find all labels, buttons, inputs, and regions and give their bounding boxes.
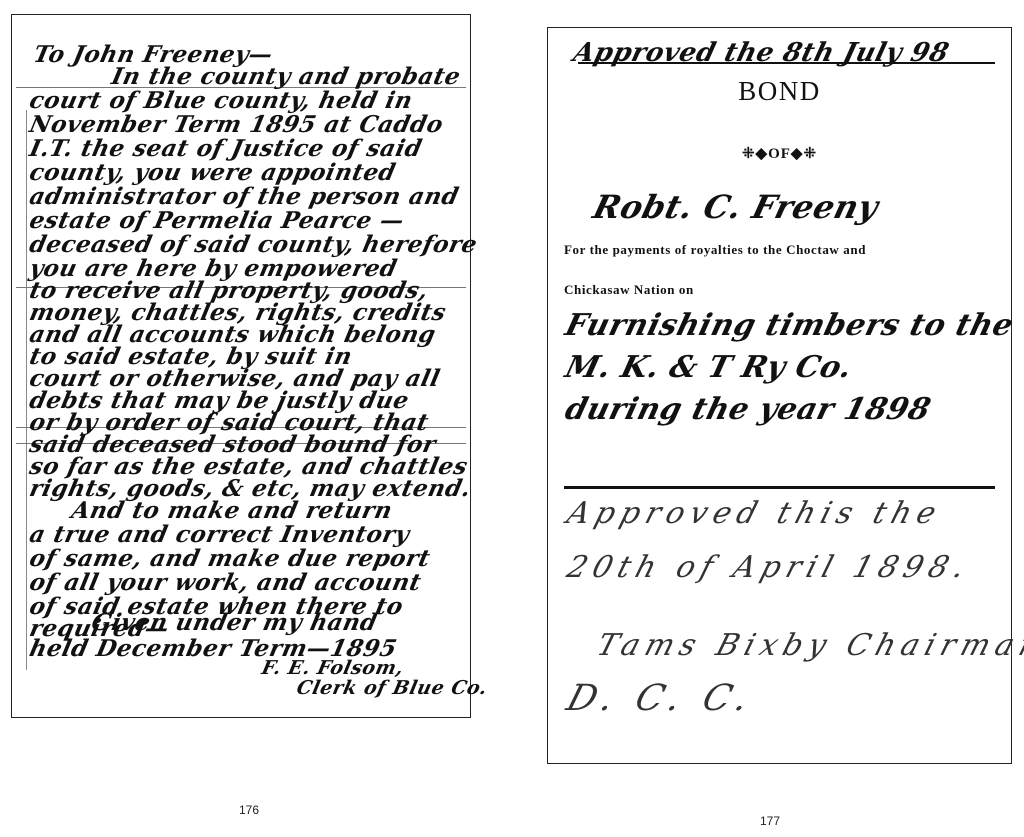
printed-line-1: For the payments of royalties to the Cho… (564, 242, 866, 258)
principal-name: Robt. C. Freeny (589, 188, 882, 226)
page-number-left: 176 (239, 803, 259, 817)
letter-line: In the county and probate (109, 63, 463, 90)
letter-line: administrator of the person and (27, 183, 461, 210)
letter-line: court of Blue county, held in (27, 87, 415, 114)
letter-line: county, you were appointed (27, 159, 398, 186)
left-page-handwritten-letter: To John Freeney— In the county and proba… (11, 14, 471, 718)
letter-line: November Term 1895 at Caddo (27, 111, 446, 138)
clerk-title: Clerk of Blue Co. (295, 677, 490, 699)
bond-title: BOND (548, 76, 1011, 107)
section-divider (564, 486, 995, 489)
printed-line-2: Chickasaw Nation on (564, 282, 694, 298)
approval-line: 20th of April 1898. (563, 550, 975, 585)
letter-line: deceased of said county, herefore (27, 231, 480, 258)
header-underline (578, 62, 995, 64)
purpose-line: M. K. & T Ry Co. (562, 350, 856, 385)
approval-initials: D. C. C. (562, 678, 759, 719)
approval-signature: Tams Bixby Chairman (593, 628, 1024, 663)
page-number-right: 177 (760, 814, 780, 828)
letter-line: of all your work, and account (27, 569, 424, 596)
purpose-line: during the year 1898 (562, 392, 935, 427)
letter-line: And to make and return (69, 497, 395, 524)
letter-line: a true and correct Inventory (27, 521, 412, 548)
letter-line: of same, and make due report (27, 545, 433, 572)
purpose-line: Furnishing timbers to the (562, 308, 1017, 343)
letter-line: estate of Permelia Pearce — (27, 207, 407, 234)
approval-line: Approved this the (563, 496, 946, 531)
letter-line: Given under my hand (89, 609, 380, 636)
letter-line: I.T. the seat of Justice of said (27, 135, 424, 162)
clerk-signature: F. E. Folsom, (260, 657, 406, 679)
right-page-bond-form: Approved the 8th July 98 BOND ⁜◆OF◆⁜ Rob… (547, 27, 1012, 764)
of-ornament: ⁜◆OF◆⁜ (548, 144, 1011, 163)
